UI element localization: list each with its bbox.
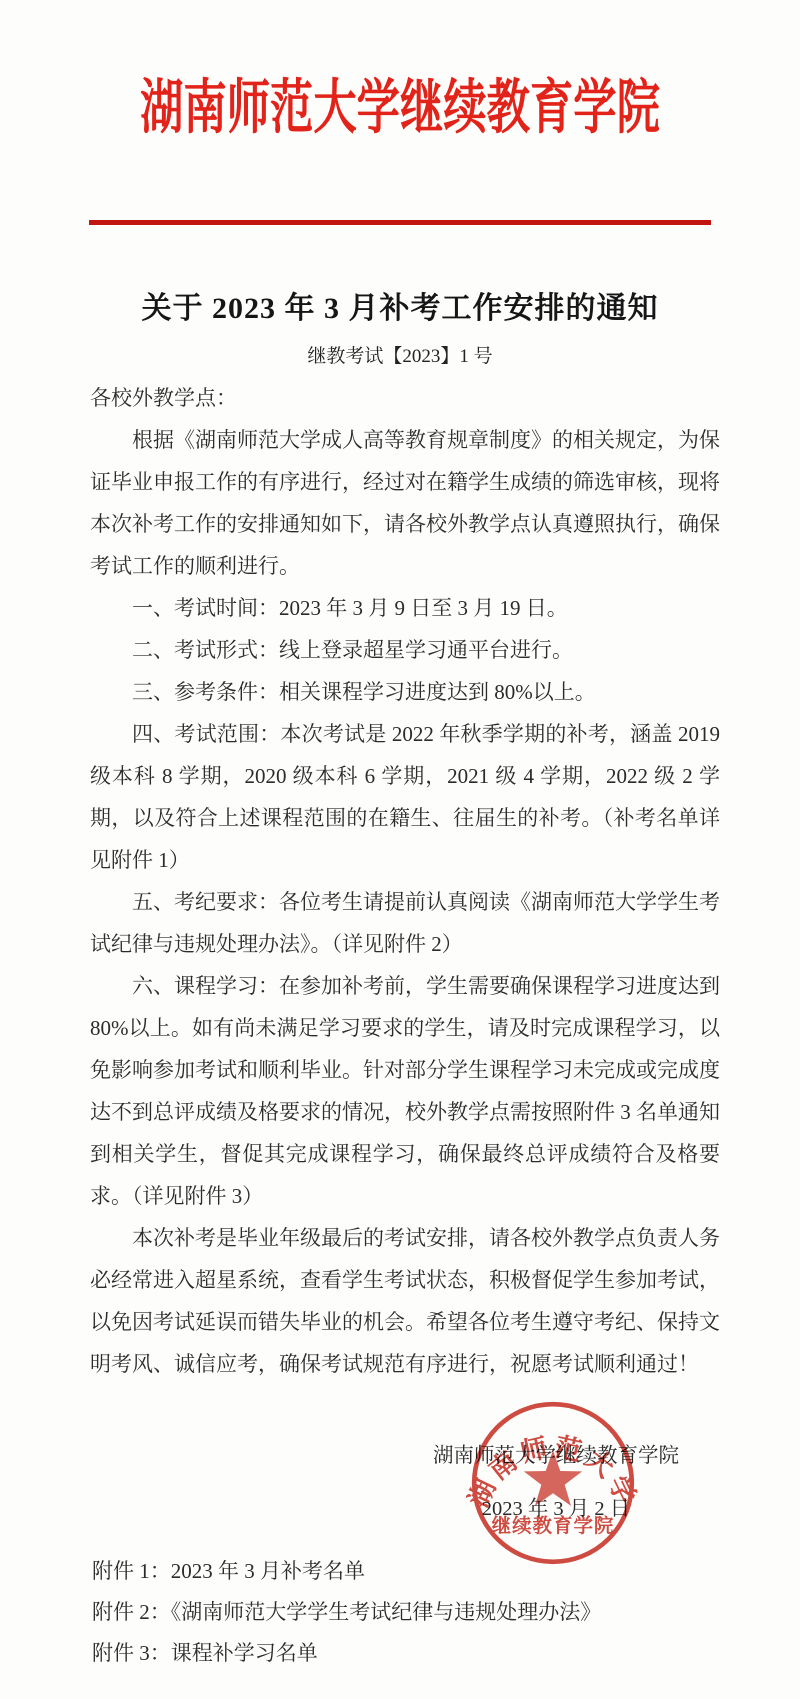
paragraph-closing: 本次补考是毕业年级最后的考试安排，请各校外教学点负责人务必经常进入超星系统，查看… (90, 1217, 720, 1385)
paragraph-item-1-exam-time: 一、考试时间：2023 年 3 月 9 日至 3 月 19 日。 (90, 587, 720, 629)
seal-bottom-text: 继续教育学院 (492, 1514, 615, 1537)
attachment-item-3: 附件 3：课程补学习名单 (92, 1642, 601, 1664)
letterhead-title: 湖南师范大学继续教育学院 (140, 60, 660, 145)
paragraph-item-2-exam-form: 二、考试形式：线上登录超星学习通平台进行。 (90, 629, 720, 671)
paragraph-item-6-course-study: 六、课程学习：在参加补考前，学生需要确保课程学习进度达到 80%以上。如有尚未满… (90, 965, 720, 1217)
attachments-list: 附件 1：2023 年 3 月补考名单 附件 2：《湖南师范大学学生考试纪律与违… (92, 1560, 601, 1683)
attachment-item-2: 附件 2：《湖南师范大学学生考试纪律与违规处理办法》 (92, 1601, 601, 1623)
paragraph-item-3-exam-condition: 三、参考条件：相关课程学习进度达到 80%以上。 (90, 671, 720, 713)
doc-number: 继教考试【2023】1 号 (0, 341, 800, 368)
attachment-item-1: 附件 1：2023 年 3 月补考名单 (92, 1560, 601, 1582)
notice-body: 各校外教学点： 根据《湖南师范大学成人高等教育规章制度》的相关规定，为保证毕业申… (90, 377, 720, 1385)
paragraph-item-4-exam-scope: 四、考试范围：本次考试是 2022 年秋季学期的补考，涵盖 2019 级本科 8… (90, 713, 720, 881)
paragraph-intro: 根据《湖南师范大学成人高等教育规章制度》的相关规定，为保证毕业申报工作的有序进行… (90, 419, 720, 587)
salutation: 各校外教学点： (90, 377, 720, 419)
letterhead: 湖南师范大学继续教育学院 (0, 60, 800, 142)
official-seal: 湖南师范大学 继续教育学院 (466, 1396, 640, 1570)
scanned-notice-page: 湖南师范大学继续教育学院 关于 2023 年 3 月补考工作安排的通知 继教考试… (0, 0, 800, 1699)
letterhead-rule-divider (89, 220, 711, 225)
notice-title: 关于 2023 年 3 月补考工作安排的通知 (0, 283, 800, 327)
paragraph-item-5-exam-discipline: 五、考纪要求：各位考生请提前认真阅读《湖南师范大学学生考试纪律与违规处理办法》。… (90, 881, 720, 965)
